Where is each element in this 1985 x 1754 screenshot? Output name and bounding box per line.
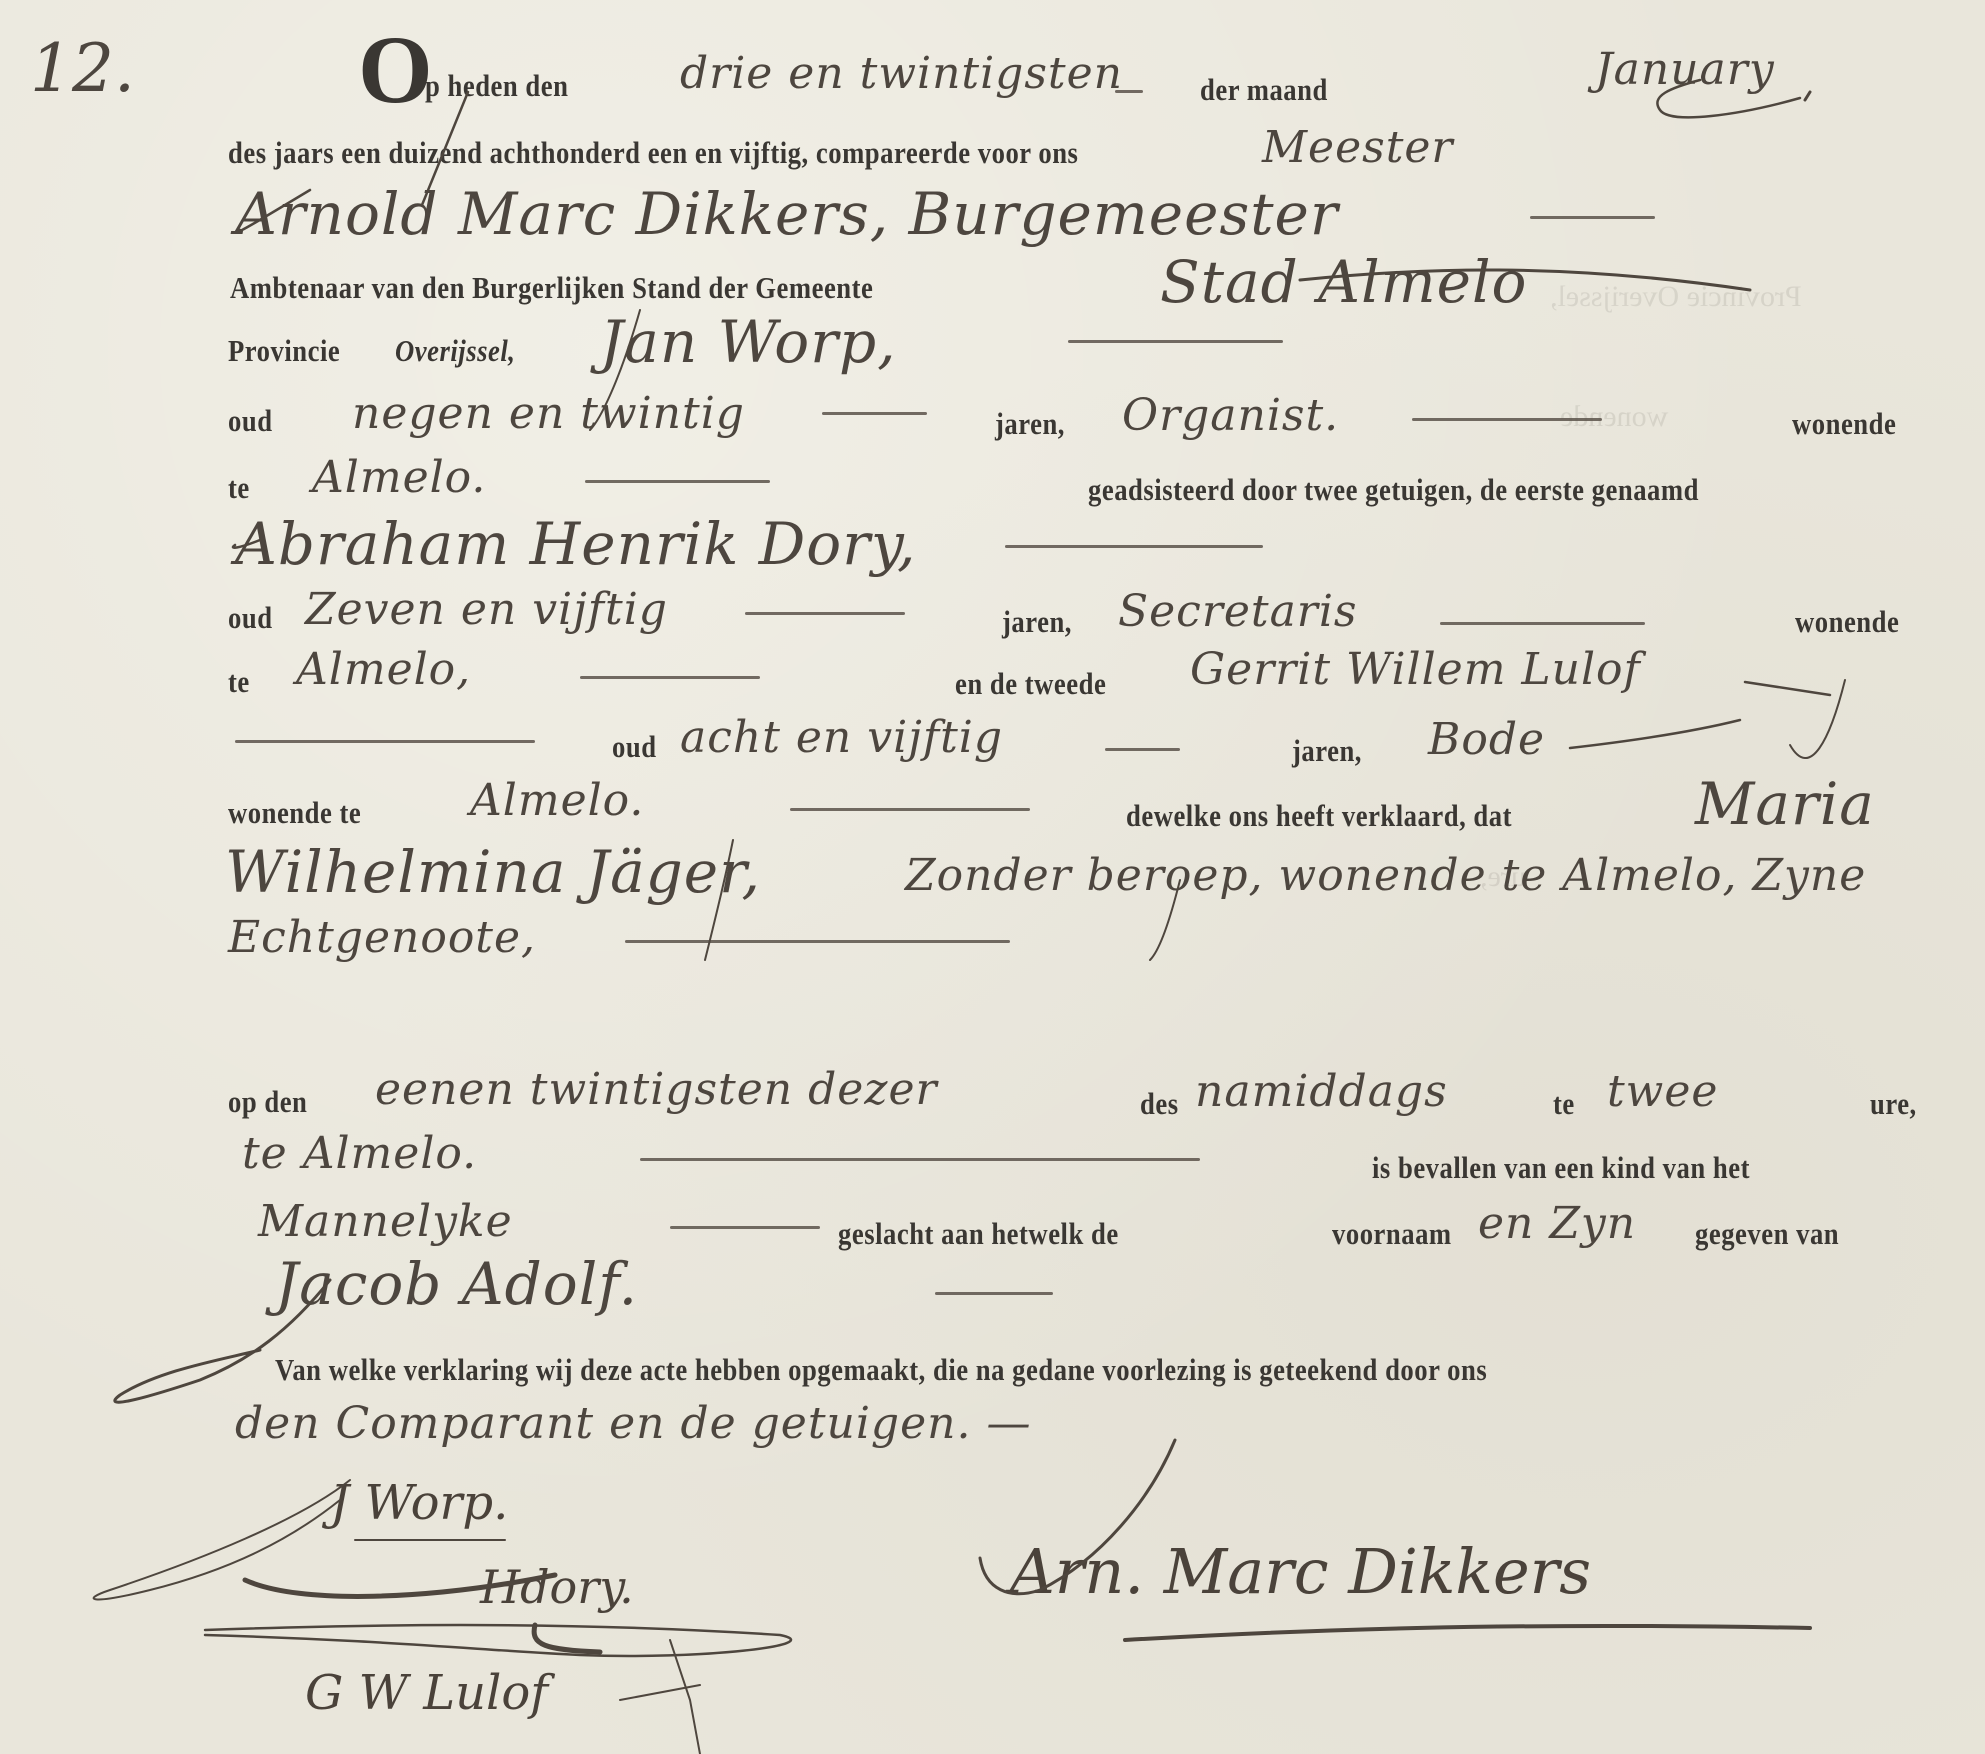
- printed-text: geslacht aan hetwelk de: [838, 1216, 1119, 1252]
- field-mother-relation: Echtgenoote,: [228, 912, 536, 963]
- printed-text: jaren,: [995, 406, 1065, 442]
- fill-dash: [745, 612, 905, 615]
- printed-text: is bevallen van een kind van het: [1372, 1150, 1750, 1186]
- drop-cap: O: [358, 22, 433, 118]
- field-municipality: Stad Almelo: [1160, 248, 1527, 316]
- field-witness2-occupation: Bode: [1428, 714, 1545, 765]
- printed-text: oud: [228, 403, 273, 439]
- printed-text: der maand: [1200, 72, 1328, 108]
- field-declarant-occupation: Organist.: [1122, 390, 1339, 441]
- field-witness1-residence: Almelo,: [296, 644, 471, 695]
- field-birth-day: eenen twintigsten dezer: [375, 1064, 938, 1115]
- printed-text: oud: [228, 600, 273, 636]
- field-official-name: Arnold Marc Dikkers, Burgemeester: [235, 180, 1339, 248]
- field-birth-hour: twee: [1607, 1066, 1718, 1117]
- field-child-names: Jacob Adolf.: [275, 1250, 638, 1318]
- field-month: January: [1595, 44, 1775, 95]
- printed-text: voornaam: [1332, 1216, 1452, 1252]
- printed-text: dewelke ons heeft verklaard, dat: [1126, 798, 1512, 834]
- field-names-suffix: en Zyn: [1478, 1198, 1636, 1249]
- field-witness1-occupation: Secretaris: [1118, 586, 1358, 637]
- printed-text: wonende te: [228, 795, 361, 831]
- fill-dash: [1068, 340, 1283, 343]
- signature-official: Arn. Marc Dikkers: [1010, 1535, 1591, 1608]
- field-mother-name-first: Maria: [1695, 770, 1875, 838]
- field-birth-place: te Almelo.: [242, 1128, 477, 1179]
- field-declarant-age: negen en twintig: [352, 388, 745, 439]
- printed-province: Overijssel,: [395, 333, 515, 369]
- printed-text: te: [228, 470, 250, 506]
- field-child-sex: Mannelyke: [258, 1196, 513, 1247]
- printed-text: wonende: [1792, 406, 1896, 442]
- printed-text: geadsisteerd door twee getuigen, de eers…: [1088, 472, 1699, 508]
- fill-dash: [822, 412, 927, 415]
- printed-text: wonende: [1795, 604, 1899, 640]
- fill-dash: [935, 1292, 1053, 1295]
- printed-text: ure,: [1870, 1086, 1917, 1122]
- fill-dash: [235, 740, 535, 743]
- bleed-through-text: wonende: [1560, 400, 1668, 434]
- field-witness2-age: acht en vijftig: [680, 712, 1003, 763]
- signature-witness1: Hdory.: [480, 1560, 634, 1614]
- fill-dash: [1105, 748, 1180, 751]
- printed-text: des: [1140, 1086, 1179, 1122]
- fill-dash: [1412, 418, 1602, 421]
- printed-text: jaren,: [1002, 604, 1072, 640]
- field-mother-name-rest: Wilhelmina Jäger,: [225, 838, 761, 906]
- fill-dash: [790, 808, 1030, 811]
- printed-text: te: [1553, 1086, 1575, 1122]
- field-day: drie en twintigsten: [680, 48, 1123, 99]
- fill-dash: [585, 480, 770, 483]
- printed-text: op den: [228, 1084, 307, 1120]
- printed-text: jaren,: [1292, 733, 1362, 769]
- printed-text: p heden den: [425, 68, 568, 104]
- entry-number: 12.: [30, 30, 135, 107]
- field-birth-time-of-day: namiddags: [1195, 1066, 1448, 1117]
- field-witness2-name: Gerrit Willem Lulof: [1190, 644, 1641, 695]
- printed-text: en de tweede: [955, 666, 1106, 702]
- signature-declarant: J Worp.: [330, 1475, 508, 1531]
- printed-text: des jaars een duizend achthonderd een en…: [228, 135, 1078, 171]
- field-mother-details: Zonder beroep, wonende te Almelo, Zyne: [905, 850, 1866, 901]
- fill-dash: [580, 676, 760, 679]
- printed-text: Ambtenaar van den Burgerlijken Stand der…: [230, 270, 873, 306]
- fill-dash: [670, 1226, 820, 1229]
- printed-text: Van welke verklaring wij deze acte hebbe…: [275, 1352, 1487, 1388]
- field-declarant-name: Jan Worp,: [600, 308, 897, 376]
- printed-text: Provincie: [228, 333, 340, 369]
- fill-dash: [640, 1158, 1200, 1161]
- field-witness2-residence: Almelo.: [470, 775, 644, 826]
- fill-dash: [625, 940, 1010, 943]
- field-closing: den Comparant en de getuigen. —: [235, 1398, 1031, 1449]
- field-declarant-residence: Almelo.: [312, 452, 486, 503]
- bleed-through-text: Provincie Overijssel,: [1550, 280, 1802, 314]
- fill-dash: [1115, 90, 1143, 93]
- printed-text: te: [228, 664, 250, 700]
- signature-witness2: G W Lulof: [305, 1665, 548, 1721]
- fill-dash: [1530, 216, 1655, 219]
- civil-record-page: Provincie Overijssel, wonende ure, 12. O…: [0, 0, 1985, 1754]
- fill-dash: [1005, 545, 1263, 548]
- field-witness1-name: Abraham Henrik Dory,: [235, 510, 916, 578]
- printed-text: gegeven van: [1695, 1216, 1839, 1252]
- field-witness1-age: Zeven en vijftig: [305, 584, 668, 635]
- fill-dash: [1440, 622, 1645, 625]
- printed-text: oud: [612, 729, 657, 765]
- field-official-title: Meester: [1262, 122, 1453, 173]
